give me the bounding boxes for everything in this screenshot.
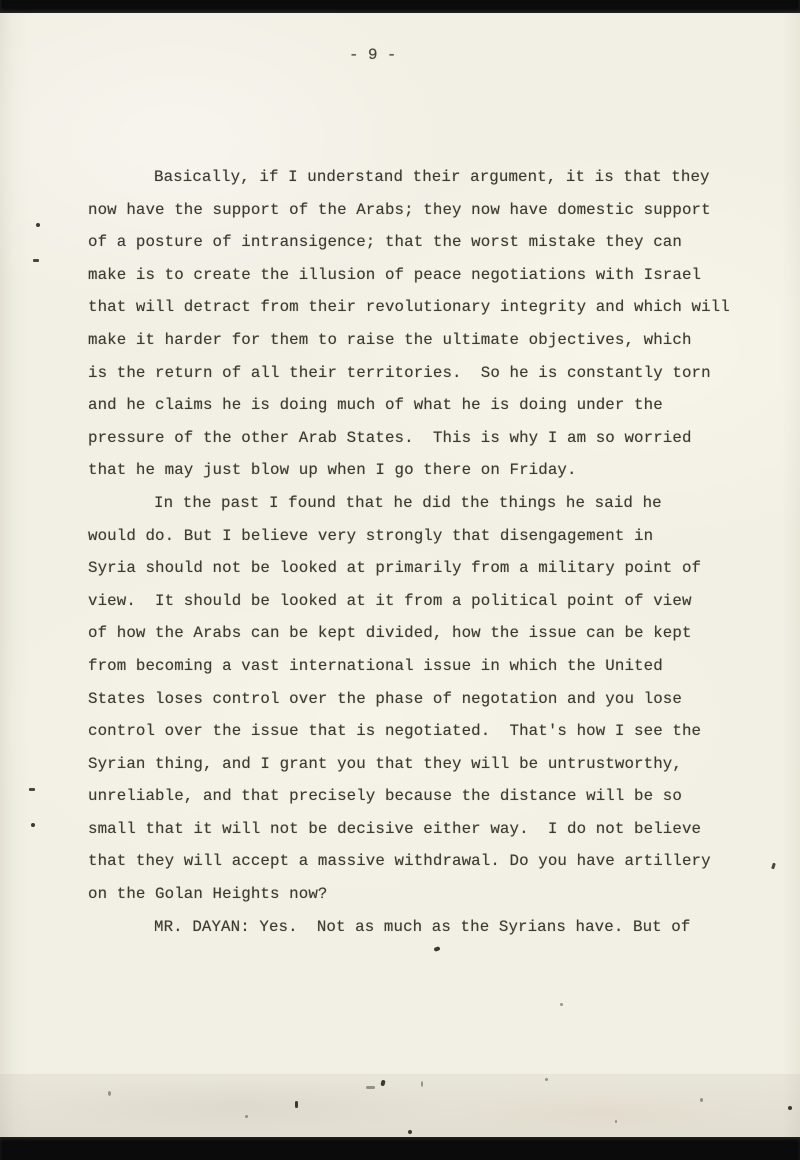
text-line: Syria should not be looked at primarily … bbox=[88, 552, 758, 585]
text-line: that will detract from their revolutiona… bbox=[88, 291, 758, 324]
scan-speck bbox=[788, 1106, 792, 1110]
scan-speck bbox=[700, 1098, 703, 1102]
text-line: pressure of the other Arab States. This … bbox=[88, 422, 758, 455]
text-line: MR. DAYAN: Yes. Not as much as the Syria… bbox=[88, 911, 758, 944]
scan-speck bbox=[615, 1120, 617, 1123]
scan-speck bbox=[108, 1091, 111, 1096]
text-line: would do. But I believe very strongly th… bbox=[88, 520, 758, 553]
margin-dash-mark bbox=[33, 259, 39, 262]
scan-speck bbox=[560, 1003, 563, 1006]
text-line: of how the Arabs can be kept divided, ho… bbox=[88, 617, 758, 650]
text-line: and he claims he is doing much of what h… bbox=[88, 389, 758, 422]
scan-speck bbox=[366, 1086, 375, 1089]
scan-speck bbox=[408, 1130, 412, 1134]
scanner-band-bottom bbox=[0, 1137, 800, 1160]
margin-dot-mark bbox=[31, 823, 35, 827]
text-line: In the past I found that he did the thin… bbox=[88, 487, 758, 520]
scan-speck bbox=[433, 946, 440, 952]
margin-comma-mark bbox=[771, 863, 776, 870]
text-line: view. It should be looked at it from a p… bbox=[88, 585, 758, 618]
scan-speck bbox=[421, 1081, 423, 1087]
scan-speck bbox=[545, 1078, 548, 1081]
scanner-band-top bbox=[0, 0, 800, 13]
text-line: from becoming a vast international issue… bbox=[88, 650, 758, 683]
page-number: - 9 - bbox=[349, 47, 396, 63]
margin-dot-mark bbox=[36, 223, 40, 227]
scanned-page: - 9 - Basically, if I understand their a… bbox=[0, 0, 800, 1160]
text-line: States loses control over the phase of n… bbox=[88, 683, 758, 716]
text-line: now have the support of the Arabs; they … bbox=[88, 194, 758, 227]
text-line: that he may just blow up when I go there… bbox=[88, 454, 758, 487]
text-line: that they will accept a massive withdraw… bbox=[88, 845, 758, 878]
text-line: is the return of all their territories. … bbox=[88, 357, 758, 390]
text-line: control over the issue that is negotiate… bbox=[88, 715, 758, 748]
scan-speck bbox=[295, 1101, 298, 1108]
document-body: Basically, if I understand their argumen… bbox=[88, 161, 758, 943]
text-line: on the Golan Heights now? bbox=[88, 878, 758, 911]
text-line: make it harder for them to raise the ult… bbox=[88, 324, 758, 357]
scan-noise-strip bbox=[0, 1074, 800, 1137]
text-line: Basically, if I understand their argumen… bbox=[88, 161, 758, 194]
margin-dash-mark bbox=[29, 788, 35, 791]
text-line: unreliable, and that precisely because t… bbox=[88, 780, 758, 813]
text-line: of a posture of intransigence; that the … bbox=[88, 226, 758, 259]
text-line: small that it will not be decisive eithe… bbox=[88, 813, 758, 846]
text-line: make is to create the illusion of peace … bbox=[88, 259, 758, 292]
scan-speck bbox=[245, 1115, 248, 1118]
text-line: Syrian thing, and I grant you that they … bbox=[88, 748, 758, 781]
